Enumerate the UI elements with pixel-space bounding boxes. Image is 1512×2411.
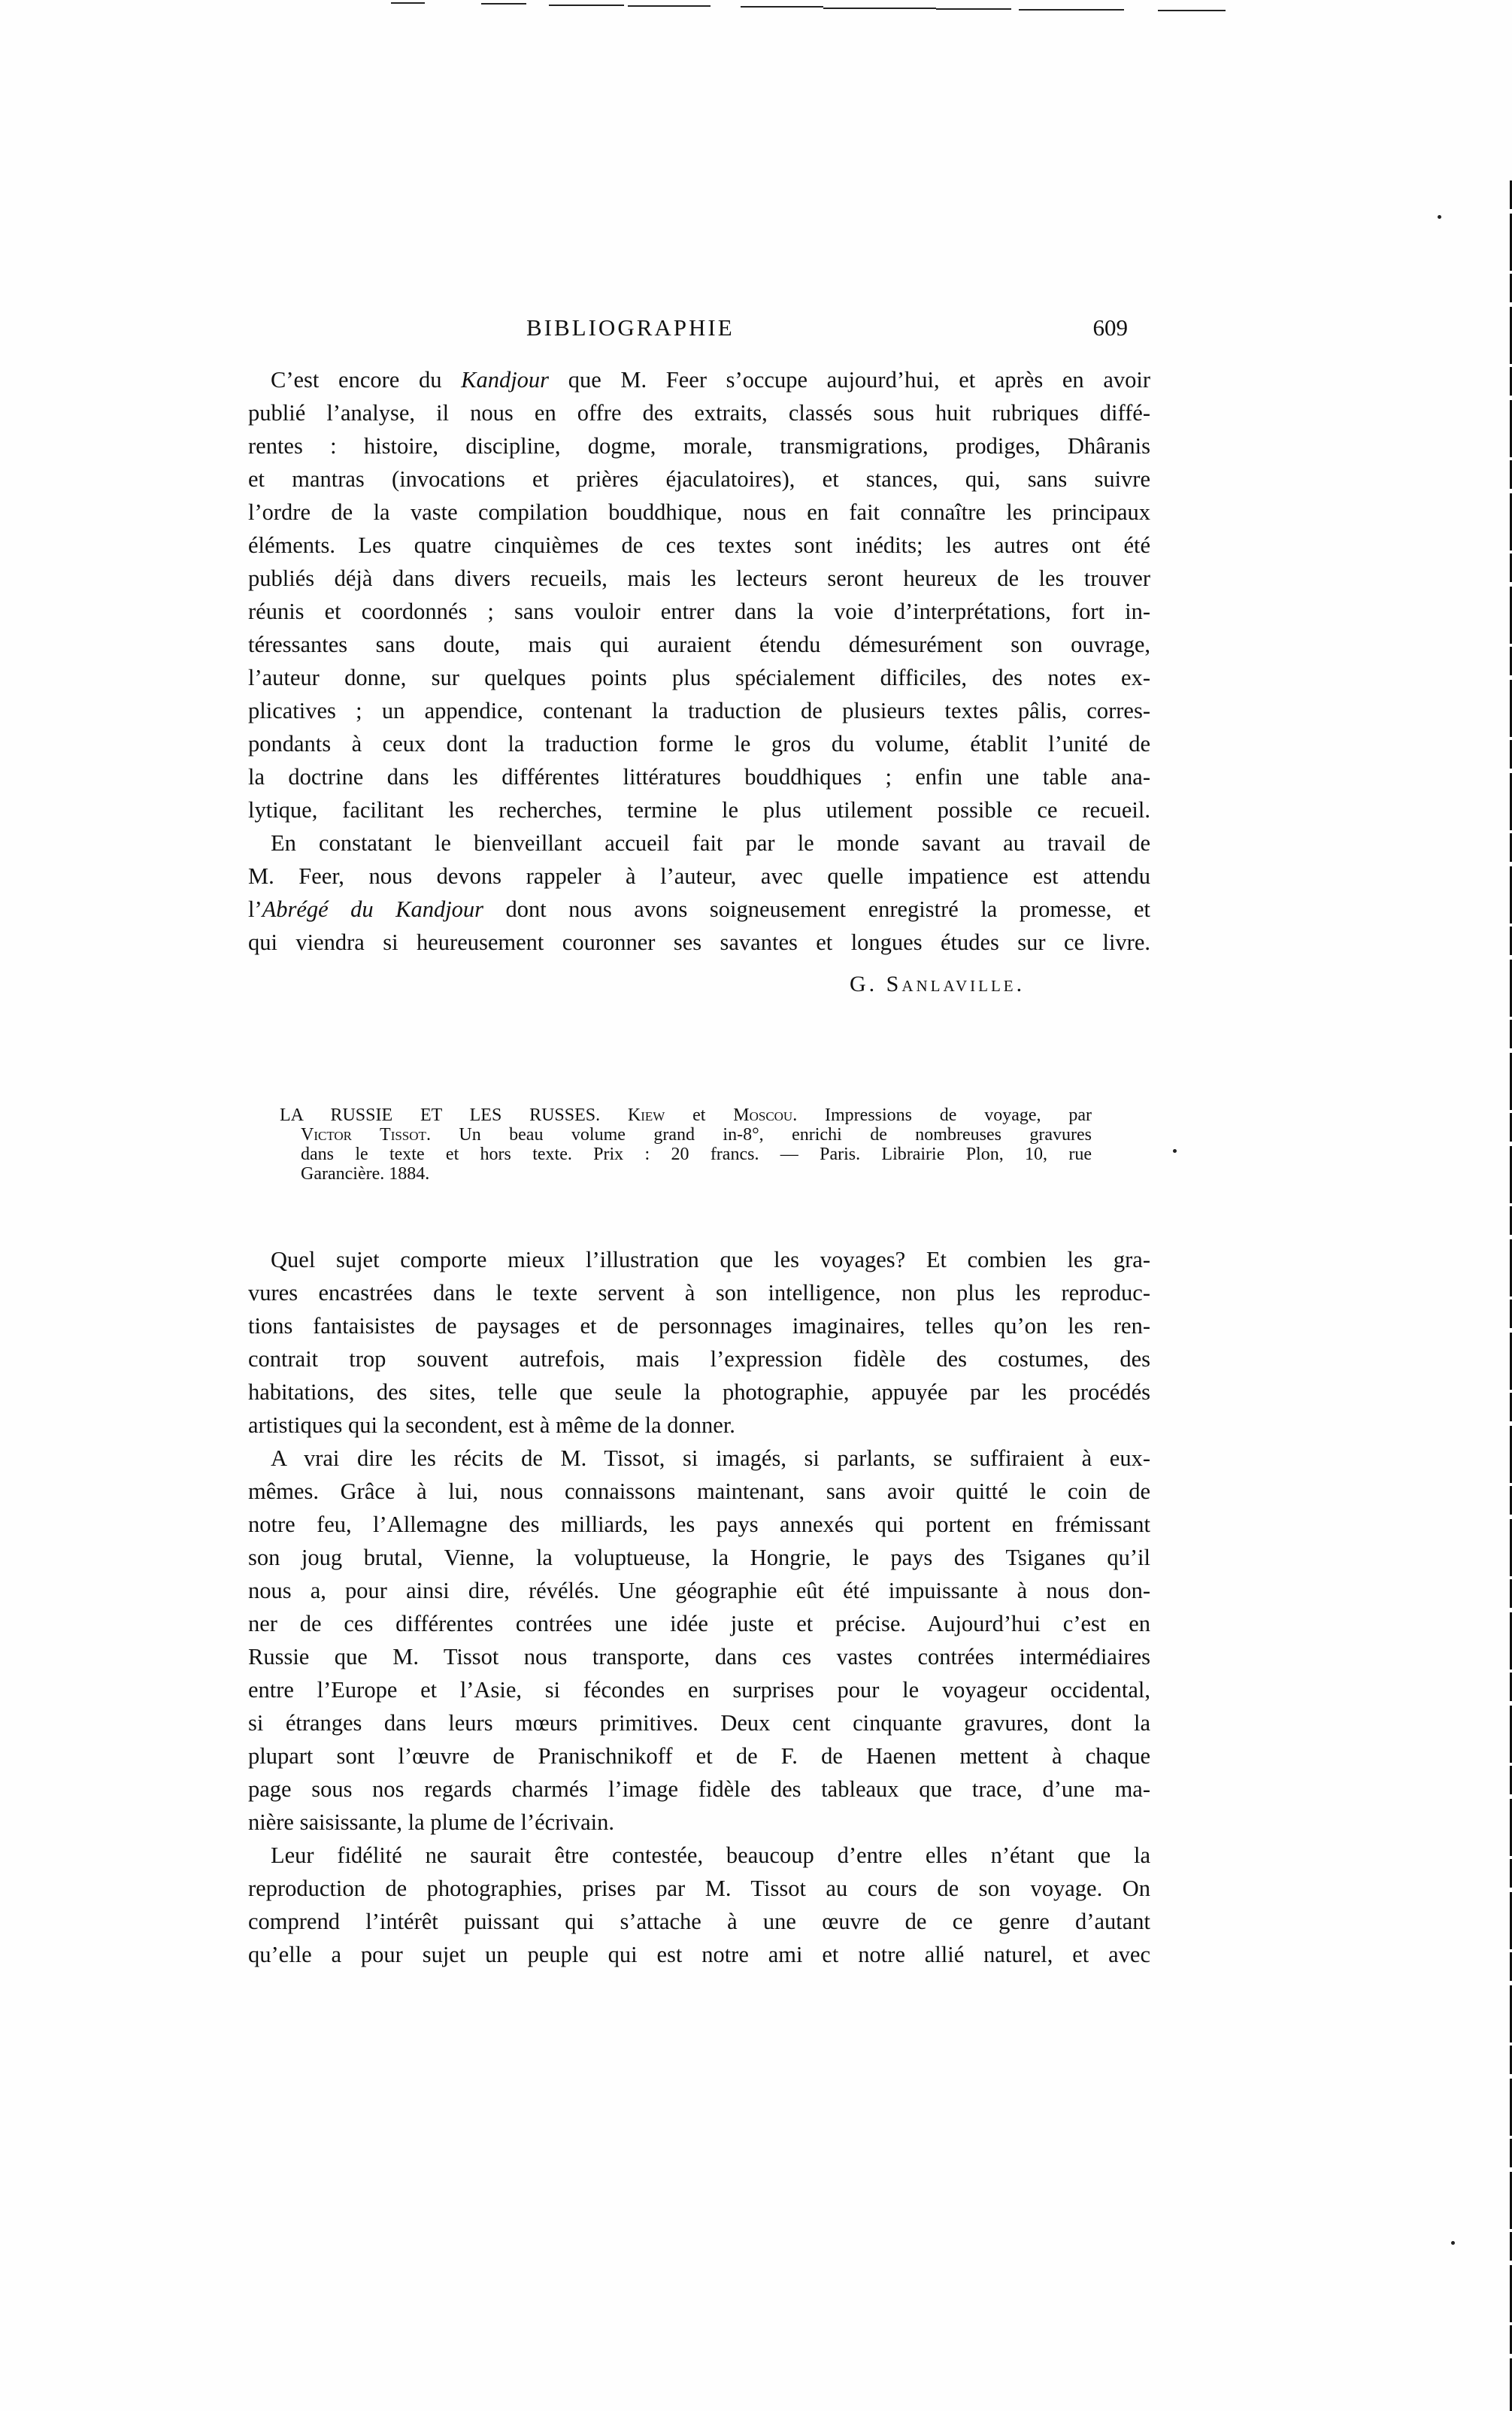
text-line: qu’elle a pour sujet un peuple qui est n… [248,1938,1150,1971]
scan-speck [1451,2241,1455,2245]
text-line: publiés déjà dans divers recueils, mais … [248,562,1150,595]
text-line: Leur fidélité ne saurait être contestée,… [248,1839,1150,1872]
text-line: nous a, pour ainsi dire, révélés. Une gé… [248,1574,1150,1607]
citation-line: LA RUSSIE ET LES RUSSES. Kiew et Moscou.… [280,1105,1092,1125]
text-line: plicatives ; un appendice, contenant la … [248,694,1150,727]
running-title: BIBLIOGRAPHIE [526,314,735,341]
text-line: contrait trop souvent autrefois, mais l’… [248,1342,1150,1375]
text-line: En constatant le bienveillant accueil fa… [248,826,1150,860]
text-line: mêmes. Grâce à lui, nous connaissons mai… [248,1475,1150,1508]
text-line: si étranges dans leurs mœurs primitives.… [248,1706,1150,1739]
text-line: notre feu, l’Allemagne des milliards, le… [248,1508,1150,1541]
citation-line: Victor Tissot. Un beau volume grand in-8… [280,1125,1092,1145]
text-line: la doctrine dans les différentes littéra… [248,760,1150,793]
text-line: réunis et coordonnés ; sans vouloir entr… [248,595,1150,628]
scan-speck [1173,1149,1177,1153]
text-line: artistiques qui la secondent, est à même… [248,1409,1150,1442]
text-line: Quel sujet comporte mieux l’illustration… [248,1243,1150,1276]
text-line: nière saisissante, la plume de l’écrivai… [248,1806,1150,1839]
text-line: M. Feer, nous devons rappeler à l’auteur… [248,860,1150,893]
text-line: A vrai dire les récits de M. Tissot, si … [248,1442,1150,1475]
text-line: tions fantaisistes de paysages et de per… [248,1309,1150,1342]
text-line: ner de ces différentes contrées une idée… [248,1607,1150,1640]
text-line: Russie que M. Tissot nous transporte, da… [248,1640,1150,1673]
citation-line: Garancière. 1884. [280,1164,1092,1184]
text-line: l’Abrégé du Kandjour dont nous avons soi… [248,893,1150,926]
text-line: vures encastrées dans le texte servent à… [248,1276,1150,1309]
page-number: 609 [1093,314,1129,341]
text-line: lytique, facilitant les recherches, term… [248,793,1150,826]
text-line: l’auteur donne, sur quelques points plus… [248,661,1150,694]
review-kandjour: C’est encore du Kandjour que M. Feer s’o… [248,363,1150,959]
scan-edge-top [0,2,1512,12]
citation-line: dans le texte et hors texte. Prix : 20 f… [280,1145,1092,1164]
running-head: BIBLIOGRAPHIE 609 [248,314,1150,344]
text-line: reproduction de photographies, prises pa… [248,1872,1150,1905]
text-line: comprend l’intérêt puissant qui s’attach… [248,1905,1150,1938]
text-line: C’est encore du Kandjour que M. Feer s’o… [248,363,1150,396]
text-line: qui viendra si heureusement couronner se… [248,926,1150,959]
text-line: et mantras (invocations et prières éjacu… [248,462,1150,496]
book-citation: LA RUSSIE ET LES RUSSES. Kiew et Moscou.… [280,1105,1092,1184]
text-line: éléments. Les quatre cinquièmes de ces t… [248,529,1150,562]
text-line: l’ordre de la vaste compilation bouddhiq… [248,496,1150,529]
review-russie: Quel sujet comporte mieux l’illustration… [248,1243,1150,1971]
text-line: téressantes sans doute, mais qui auraien… [248,628,1150,661]
signature: G. Sanlaville. [850,972,1025,997]
text-line: son joug brutal, Vienne, la voluptueuse,… [248,1541,1150,1574]
scanned-page: BIBLIOGRAPHIE 609 C’est encore du Kandjo… [0,0,1512,2411]
text-line: page sous nos regards charmés l’image fi… [248,1773,1150,1806]
text-line: entre l’Europe et l’Asie, si fécondes en… [248,1673,1150,1706]
text-line: publié l’analyse, il nous en offre des e… [248,396,1150,429]
text-line: pondants à ceux dont la traduction forme… [248,727,1150,760]
text-line: plupart sont l’œuvre de Pranischnikoff e… [248,1739,1150,1773]
scan-speck [1438,215,1441,219]
text-line: habitations, des sites, telle que seule … [248,1375,1150,1409]
text-line: rentes : histoire, discipline, dogme, mo… [248,429,1150,462]
